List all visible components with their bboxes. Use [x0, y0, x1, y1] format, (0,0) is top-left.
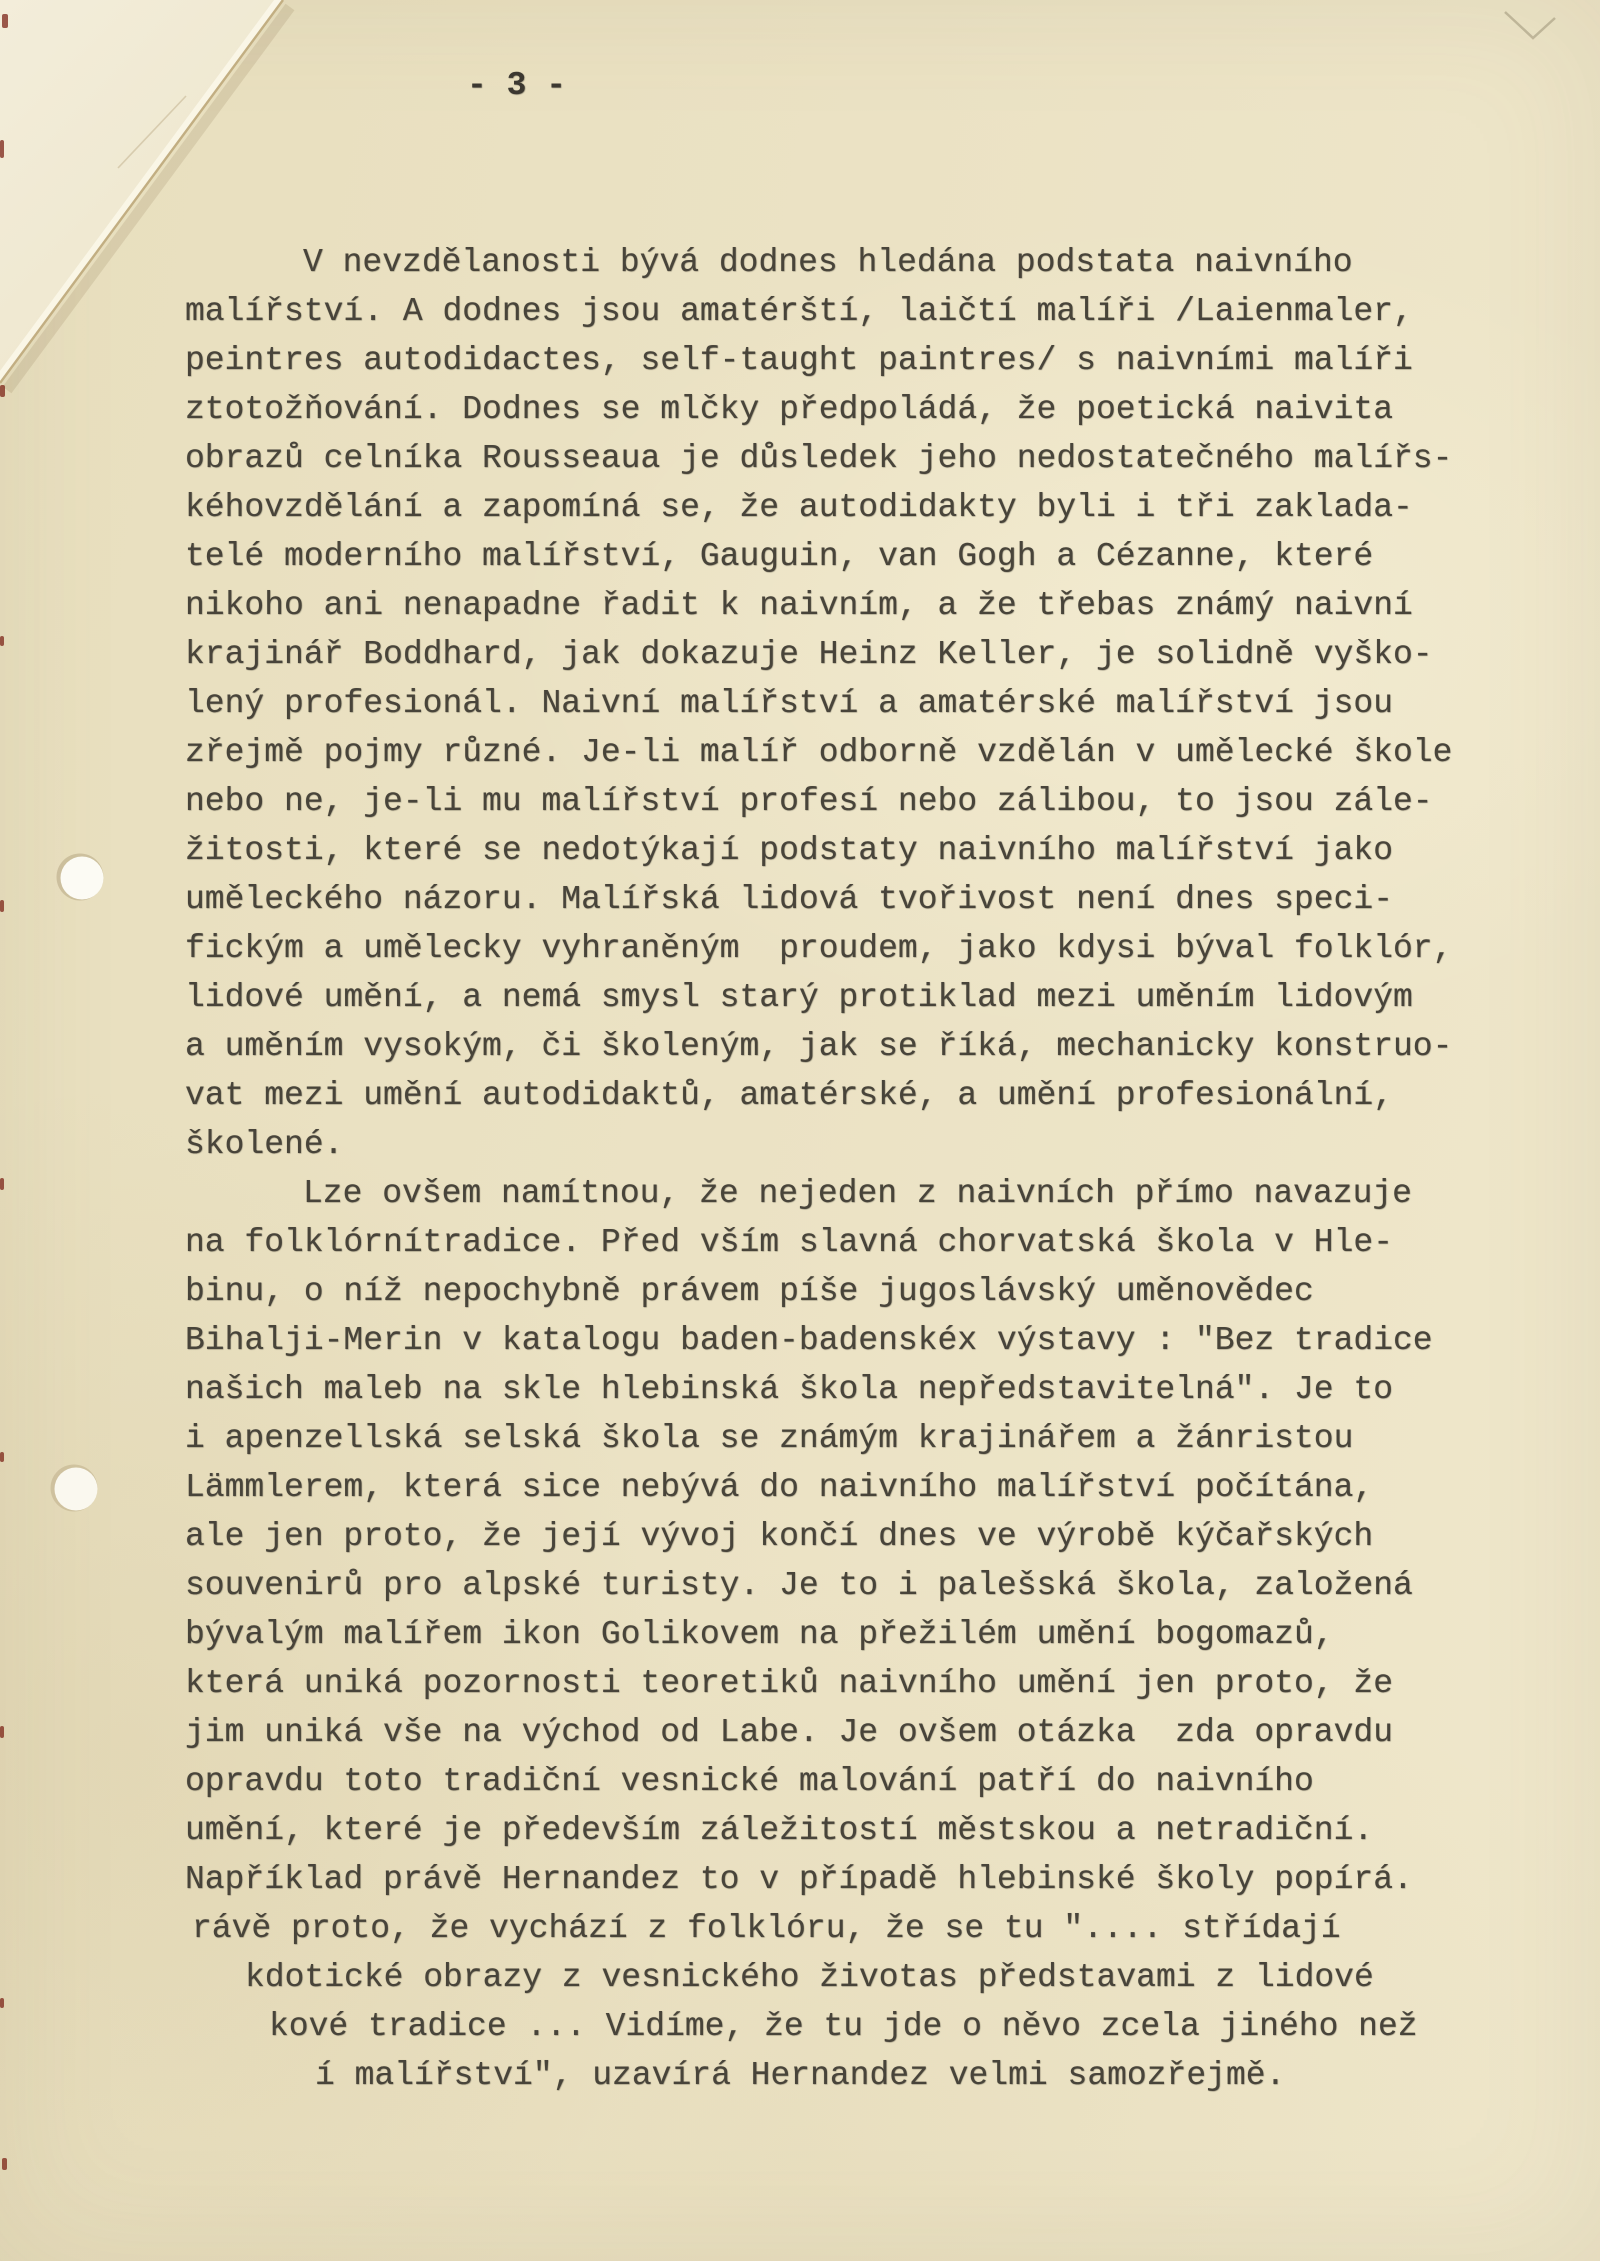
text-line: Lämmlerem, která sice nebývá do naivního… [185, 1463, 1515, 1512]
text-line: kdotické obrazy z vesnického životas pře… [185, 1953, 1515, 2002]
text-line: ale jen proto, že její vývoj končí dnes … [185, 1512, 1515, 1561]
edge-specks [0, 14, 8, 2170]
page-number: - 3 - [467, 68, 566, 104]
text-line: nebo ne, je-li mu malířství profesí nebo… [185, 777, 1515, 826]
text-line: telé moderního malířství, Gauguin, van G… [185, 532, 1515, 581]
text-line: Například právě Hernandez to v případě h… [185, 1855, 1515, 1904]
text-line: našich maleb na skle hlebinská škola nep… [185, 1365, 1515, 1414]
text-line: opravdu toto tradiční vesnické malování … [185, 1757, 1515, 1806]
pencil-mark [1505, 12, 1555, 38]
text-line: í malířství", uzavírá Hernandez velmi sa… [185, 2051, 1515, 2100]
text-line: nikoho ani nenapadne řadit k naivním, a … [185, 581, 1515, 630]
text-line: ztotožňování. Dodnes se mlčky předpoládá… [185, 385, 1515, 434]
text-line: kové tradice ... Vidíme, že tu jde o něv… [185, 2002, 1515, 2051]
text-line: vat mezi umění autodidaktů, amatérské, a… [185, 1071, 1515, 1120]
scanned-typewritten-page: - 3 - V nevzdělanosti bývá dodnes hledán… [0, 0, 1600, 2261]
text-line: a uměním vysokým, či školeným, jak se ří… [185, 1022, 1515, 1071]
text-line: kéhovzdělání a zapomíná se, že autodidak… [185, 483, 1515, 532]
text-line: která uniká pozornosti teoretiků naivníh… [185, 1659, 1515, 1708]
text-line: i apenzellská selská škola se známým kra… [185, 1414, 1515, 1463]
punch-hole [57, 854, 104, 901]
document-body: V nevzdělanosti bývá dodnes hledána pods… [185, 238, 1515, 2100]
text-line: zřejmě pojmy různé. Je-li malíř odborně … [185, 728, 1515, 777]
text-line: lený profesionál. Naivní malířství a ama… [185, 679, 1515, 728]
text-line: žitosti, které se nedotýkají podstaty na… [185, 826, 1515, 875]
text-line: obrazů celníka Rousseaua je důsledek jeh… [185, 434, 1515, 483]
text-line: jim uniká vše na východ od Labe. Je ovše… [185, 1708, 1515, 1757]
text-line: fickým a umělecky vyhraněným proudem, ja… [185, 924, 1515, 973]
punch-hole [51, 1465, 98, 1512]
text-line: bývalým malířem ikon Golikovem na přežil… [185, 1610, 1515, 1659]
text-line: souvenirů pro alpské turisty. Je to i pa… [185, 1561, 1515, 1610]
text-line: krajinář Boddhard, jak dokazuje Heinz Ke… [185, 630, 1515, 679]
text-line: umění, které je především záležitostí mě… [185, 1806, 1515, 1855]
text-line: V nevzdělanosti bývá dodnes hledána pods… [185, 238, 1515, 287]
text-line: rávě proto, že vychází z folklóru, že se… [185, 1904, 1515, 1953]
text-line: uměleckého názoru. Malířská lidová tvoři… [185, 875, 1515, 924]
text-line: lidové umění, a nemá smysl starý protikl… [185, 973, 1515, 1022]
text-line: Lze ovšem namítnou, že nejeden z naivníc… [185, 1169, 1515, 1218]
text-line: malířství. A dodnes jsou amatérští, laič… [185, 287, 1515, 336]
text-line: binu, o níž nepochybně právem píše jugos… [185, 1267, 1515, 1316]
text-line: školené. [185, 1120, 1515, 1169]
text-line: peintres autodidactes, self-taught paint… [185, 336, 1515, 385]
text-line: Bihalji-Merin v katalogu baden-badenskéx… [185, 1316, 1515, 1365]
text-line: na folklórnítradice. Před vším slavná ch… [185, 1218, 1515, 1267]
